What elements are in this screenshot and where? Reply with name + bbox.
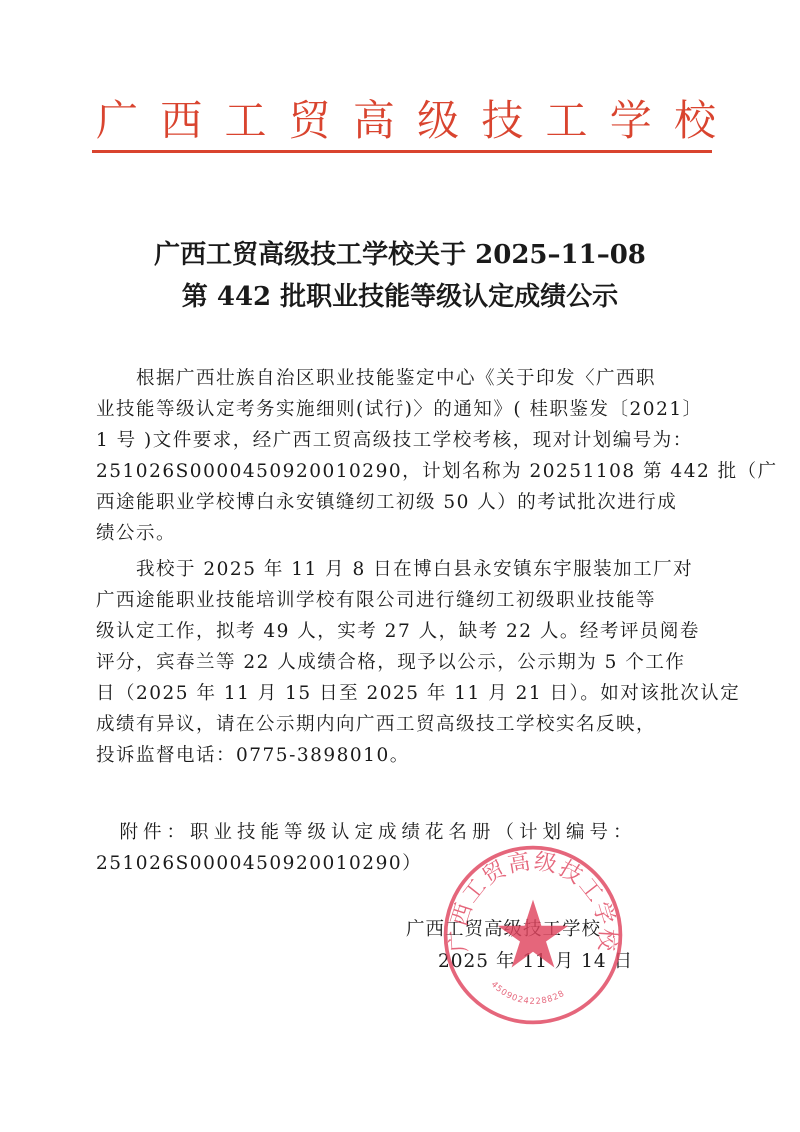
letterhead-char: 工 [224,96,266,146]
text-line: 评分，宾春兰等 22 人成绩合格，现予以公示，公示期为 5 个工作 [96,647,716,678]
text-line: 成绩有异议，请在公示期内向广西工贸高级技工学校实名反映， [96,709,716,740]
document-title-line2: 第 442 批职业技能等级认定成绩公示 [0,278,800,316]
letterhead-char: 校 [674,96,716,146]
seal-code: 4509024228828 [489,979,566,1006]
letterhead-char: 高 [353,96,395,146]
letterhead-divider [92,150,712,153]
text-line: 级认定工作，拟考 49 人，实考 27 人，缺考 22 人。经考评员阅卷 [96,616,716,647]
letterhead-char: 广 [96,96,138,146]
text-line: 绩公示。 [96,518,716,549]
text-line: 投诉监督电话：0775-3898010。 [96,740,716,771]
letterhead: 广 西 工 贸 高 级 技 工 学 校 [96,96,716,146]
paragraph-basis: 根据广西壮族自治区职业技能鉴定中心《关于印发〈广西职 业技能等级认定考务实施细则… [96,363,716,549]
text-line: 日（2025 年 11 月 15 日至 2025 年 11 月 21 日）。如对… [96,678,716,709]
text-line: 西途能职业学校博白永安镇缝纫工初级 50 人）的考试批次进行成 [96,487,716,518]
text-line: 251026S0000450920010290，计划名称为 20251108 第… [96,456,716,487]
letterhead-char: 学 [610,96,652,146]
document-title-line1: 广西工贸高级技工学校关于 2025–11–08 [0,236,800,274]
text-line: 广西途能职业技能培训学校有限公司进行缝纫工初级职业技能等 [96,585,716,616]
letterhead-char: 工 [546,96,588,146]
text-line: 我校于 2025 年 11 月 8 日在博白县永安镇东宇服装加工厂对 [96,554,716,585]
official-seal-icon: 广西工贸高级技工学校 4509024228828 [440,842,626,1028]
letterhead-char: 级 [417,96,459,146]
text-line: 业技能等级认定考务实施细则(试行)〉的通知》( 桂职鉴发〔2021〕 [96,394,716,425]
letterhead-char: 西 [160,96,202,146]
letterhead-char: 技 [481,96,523,146]
letterhead-char: 贸 [289,96,331,146]
paragraph-details: 我校于 2025 年 11 月 8 日在博白县永安镇东宇服装加工厂对 广西途能职… [96,554,716,771]
text-line: 1 号 )文件要求，经广西工贸高级技工学校考核，现对计划编号为： [96,425,716,456]
svg-text:4509024228828: 4509024228828 [489,979,566,1006]
text-line: 根据广西壮族自治区职业技能鉴定中心《关于印发〈广西职 [96,363,716,394]
